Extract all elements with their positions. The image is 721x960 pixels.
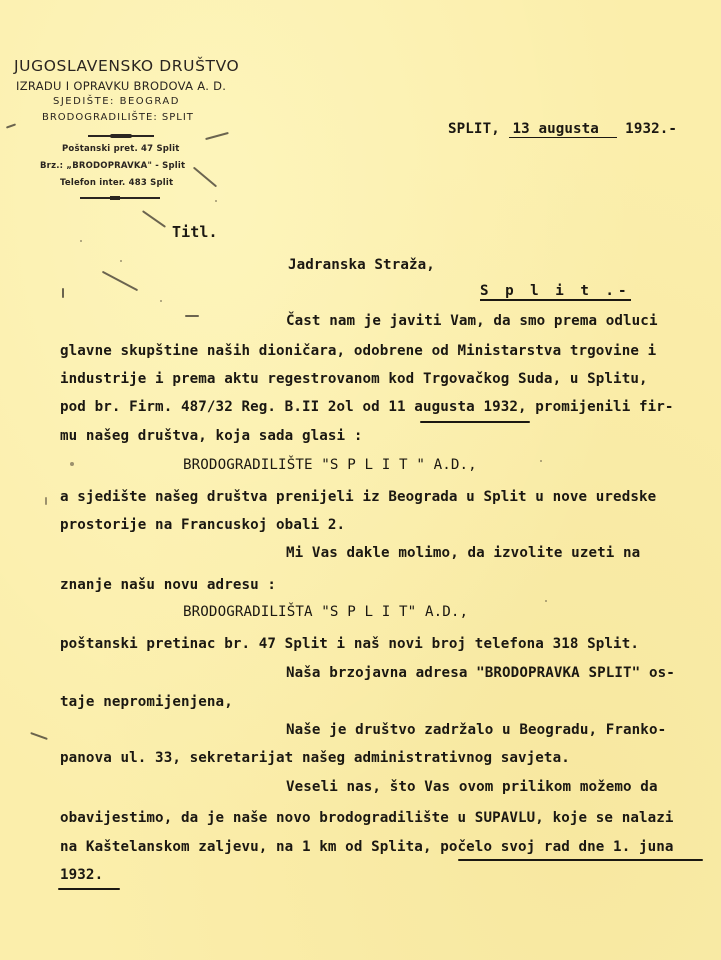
- underline-date: [420, 421, 530, 423]
- body-line: taje nepromijenjena,: [60, 694, 233, 710]
- body-line: glavne skupštine naših dioničara, odobre…: [60, 343, 656, 359]
- stamp-mark: [102, 271, 138, 292]
- letter-page: JUGOSLAVENSKO DRUŠTVO IZRADU I OPRAVKU B…: [0, 0, 721, 960]
- letterhead-seat: SJEDIŠTE: BEOGRAD: [53, 96, 180, 107]
- stamp-mark: [185, 315, 199, 317]
- body-line: Čast nam je javiti Vam, da smo prema odl…: [286, 313, 658, 329]
- body-line: prostorije na Francuskoj obali 2.: [60, 517, 345, 533]
- date-day-month: 13 augusta: [509, 121, 617, 138]
- recipient-city: S p l i t .-: [480, 283, 631, 301]
- body-line: poštanski pretinac br. 47 Split i naš no…: [60, 636, 639, 652]
- letterhead-telephone: Telefon inter. 483 Split: [60, 178, 173, 188]
- body-line: industrije i prema aktu regestrovanom ko…: [60, 371, 648, 387]
- body-line: Veseli nas, što Vas ovom prilikom možemo…: [286, 779, 658, 795]
- letterhead-company-line-1: JUGOSLAVENSKO DRUŠTVO: [14, 57, 239, 75]
- body-line: znanje našu novu adresu :: [60, 577, 276, 593]
- letterhead-divider-bottom: [80, 197, 160, 199]
- body-line: mu našeg društva, koja sada glasi :: [60, 428, 362, 444]
- date-year: 1932.-: [625, 121, 677, 137]
- recipient-name: Jadranska Straža,: [288, 257, 435, 273]
- date-place: SPLIT,: [448, 121, 500, 137]
- stamp-mark: [205, 132, 229, 140]
- letterhead-telegraph: Brz.: „BRODOPRAVKA" - Split: [40, 161, 185, 171]
- body-line: na Kaštelanskom zaljevu, na 1 km od Spli…: [60, 839, 674, 855]
- letterhead-divider-top: [88, 135, 154, 137]
- body-line: Naše je društvo zadržalo u Beogradu, Fra…: [286, 722, 666, 738]
- body-line: obavijestimo, da je naše novo brodogradi…: [60, 810, 674, 826]
- body-line: Naša brzojavna adresa "BRODOPRAVKA SPLIT…: [286, 665, 675, 681]
- stamp-mark: [142, 210, 166, 228]
- body-line: panova ul. 33, sekretarijat našeg admini…: [60, 750, 570, 766]
- company-name-line: BRODOGRADILIŠTA "S P L I T" A.D.,: [183, 604, 468, 620]
- date-line: SPLIT, 13 augusta 1932.-: [448, 121, 677, 138]
- salutation: Titl.: [172, 223, 218, 241]
- body-line: Mi Vas dakle molimo, da izvolite uzeti n…: [286, 545, 640, 561]
- stamp-mark: [30, 732, 48, 740]
- underline-start-date: [458, 859, 703, 861]
- letterhead-postal: Poštanski pret. 47 Split: [62, 144, 180, 154]
- stamp-mark: [6, 123, 16, 128]
- body-line: pod br. Firm. 487/32 Reg. B.II 2ol od 11…: [60, 399, 674, 415]
- body-line: a sjedište našeg društva prenijeli iz Be…: [60, 489, 656, 505]
- underline-year: [58, 888, 120, 890]
- stamp-mark: [193, 167, 217, 188]
- company-name-line: BRODOGRADILIŠTE "S P L I T " A.D.,: [183, 457, 477, 473]
- body-line: 1932.: [60, 867, 103, 883]
- stamp-mark: [62, 288, 64, 298]
- letterhead-shipyard: BRODOGRADILIŠTE: SPLIT: [42, 112, 194, 123]
- letterhead-company-line-2: IZRADU I OPRAVKU BRODOVA A. D.: [16, 79, 226, 93]
